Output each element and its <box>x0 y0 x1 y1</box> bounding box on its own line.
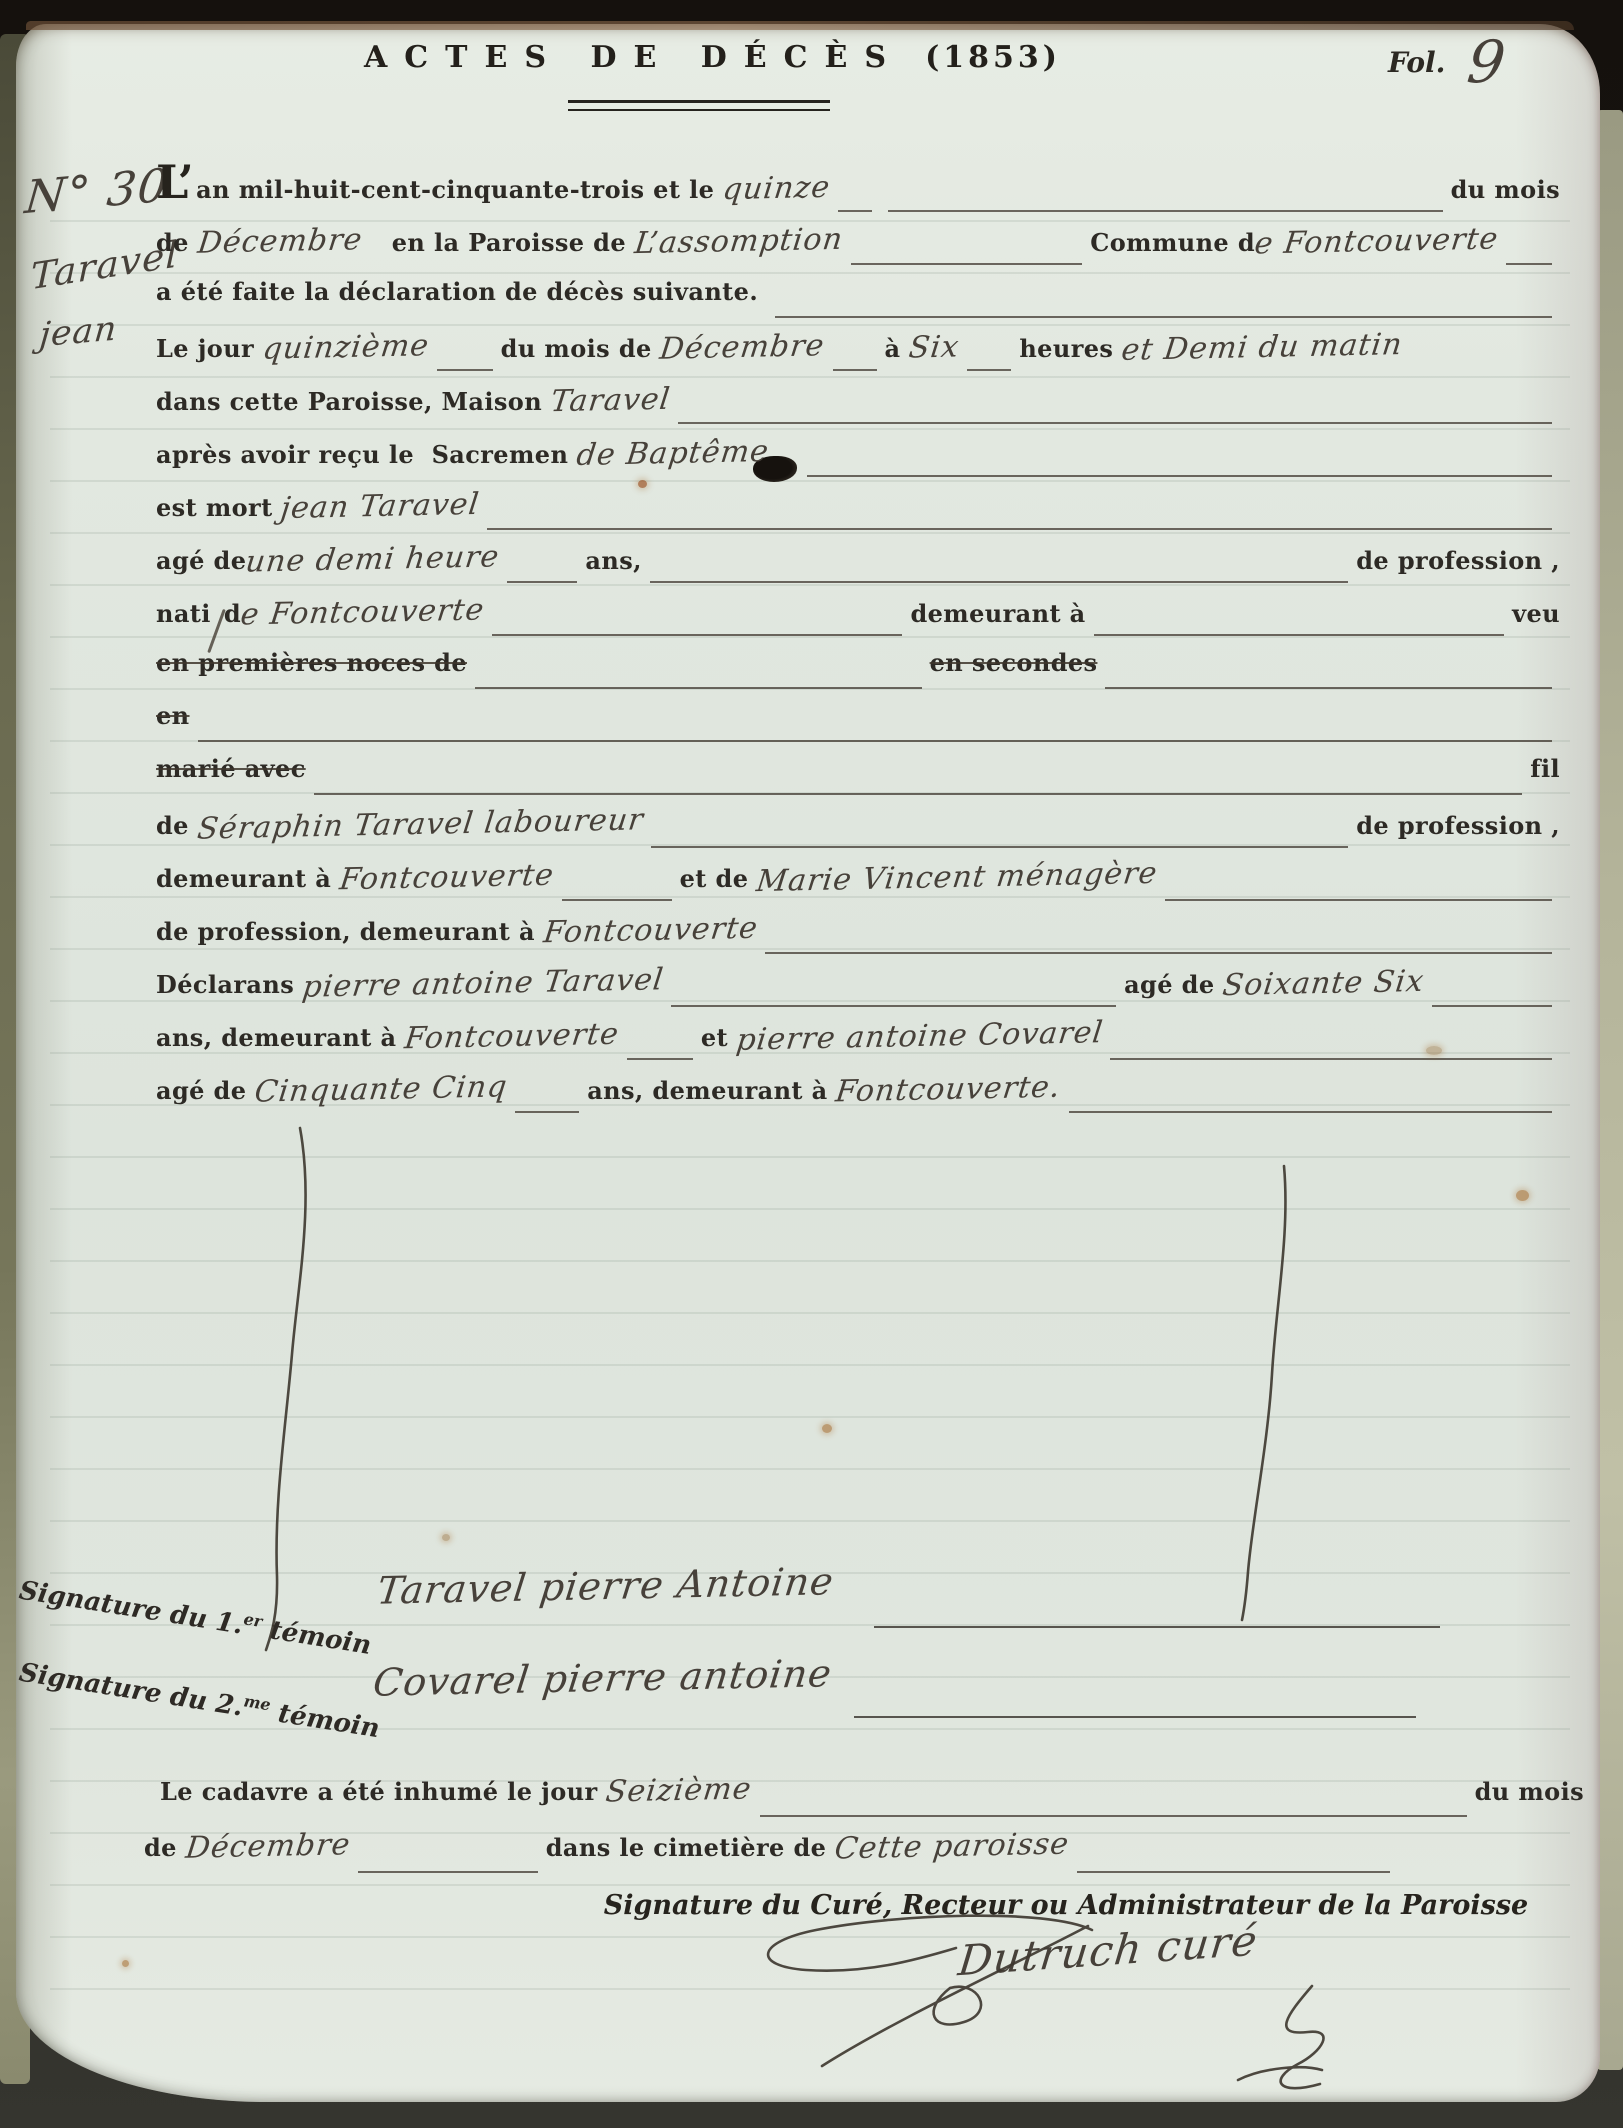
ruled-dash-line <box>358 1871 538 1873</box>
next-folio-edge <box>1597 110 1623 2070</box>
act-line: agé deune demi heureans,de profession , <box>156 545 1560 598</box>
ruled-fill-line <box>760 1815 1467 1817</box>
ruled-dash-line <box>838 210 872 212</box>
handwritten-entry: Décembre <box>196 225 364 258</box>
printed-text: ans, demeurant à <box>156 1026 405 1050</box>
ruled-fill-line <box>1077 1871 1390 1873</box>
title-text: ACTES DE DÉCÈS <box>364 40 903 75</box>
printed-text: agé de <box>156 549 246 573</box>
witness-2-signature: Covarel pierre antoine <box>371 1651 835 1705</box>
ruled-fill-line <box>807 475 1552 477</box>
ruled-fill-line <box>650 581 1348 583</box>
cure-signature-loop-small <box>934 1987 981 2025</box>
printed-text: de profession , <box>1356 549 1560 573</box>
printed-text: en <box>156 704 190 728</box>
title-year: (1853) <box>925 40 1061 75</box>
act-line: de Décembreen la Paroisse de L’assomptio… <box>156 227 1560 280</box>
ruled-dash-line <box>967 369 1011 371</box>
printed-text: de <box>144 1836 186 1860</box>
act-line: natide Fontcouvertedemeurant àveu <box>156 598 1560 651</box>
burial-line-1: Le cadavre a été inhumé le jour Seizième… <box>160 1776 1584 1832</box>
handwritten-entry: Séraphin Taravel laboureur <box>195 805 645 844</box>
printed-text: an mil-huit-cent-cinquante-trois et le <box>196 178 723 202</box>
handwritten-entry: Seizième <box>604 1774 753 1807</box>
cure-signature-tail <box>1281 1986 1324 2088</box>
printed-text: demeurant à <box>910 602 1085 626</box>
printed-text: de <box>156 231 198 255</box>
title-underline <box>568 100 830 111</box>
printed-text: de <box>156 814 198 838</box>
handwritten-entry: Six <box>907 332 961 363</box>
printed-text: veu <box>1512 602 1560 626</box>
printed-text: du mois <box>1475 1780 1584 1804</box>
witness-2-label-prefix: Signature du <box>17 1658 218 1719</box>
act-line: de profession, demeurant à Fontcouverte <box>156 916 1560 969</box>
act-line: agé de Cinquante Cinqans, demeurant à Fo… <box>156 1075 1560 1128</box>
ruled-fill-line <box>851 263 1083 265</box>
handwritten-entry: Cette paroisse <box>833 1830 1071 1865</box>
ruled-fill-line <box>1165 899 1552 901</box>
printed-text: fil <box>1530 757 1560 781</box>
handwritten-entry: L’assomption <box>633 225 845 259</box>
ruled-fill-line <box>775 316 1552 318</box>
handwritten-entry: pierre antoine Taravel <box>301 965 666 1003</box>
witness-1-row: Signature du 1.er témoin Taravel pierre … <box>22 1562 1522 1657</box>
handwritten-entry: e Fontcouverte <box>1253 224 1500 259</box>
printed-text: d <box>224 602 241 626</box>
act-line: de Séraphin Taravel laboureurde professi… <box>156 810 1560 863</box>
ruled-fill-line <box>651 846 1349 848</box>
cure-signature-handwritten: Dutruch curé <box>956 1916 1260 1986</box>
handwritten-entry: de Baptême <box>575 437 771 471</box>
printed-text: ans, <box>585 549 641 573</box>
printed-text: dans cette Paroisse, Maison <box>156 390 551 414</box>
printed-text: du mois <box>1451 178 1560 202</box>
ruled-fill-line <box>487 528 1552 530</box>
act-line: en <box>156 704 1560 757</box>
printed-text: en secondes <box>930 651 1098 675</box>
handwritten-entry: Fontcouverte <box>403 1020 621 1054</box>
witness-1-signature: Taravel pierre Antoine <box>375 1559 837 1613</box>
handwritten-entry: quinze <box>721 173 832 205</box>
foxing-spot <box>1426 1046 1442 1055</box>
register-page: ACTES DE DÉCÈS(1853) Fol. 9 N° 30 Tarave… <box>16 24 1600 2102</box>
cure-signature-tail-cross <box>1238 2067 1322 2080</box>
handwritten-entry: pierre antoine Covarel <box>734 1018 1104 1056</box>
handwritten-entry: quinzième <box>261 331 431 364</box>
ruled-dash-line <box>507 581 577 583</box>
foxing-spot <box>822 1424 832 1433</box>
witness-2-row: Signature du 2.me témoin Covarel pierre … <box>22 1644 1522 1739</box>
act-line: dans cette Paroisse, Maison Taravel <box>156 386 1560 439</box>
ruled-fill-line <box>1094 634 1504 636</box>
printed-text: du mois de <box>501 337 661 361</box>
ruled-fill-line <box>1069 1111 1552 1113</box>
act-line: demeurant à Fontcouverteet de Marie Vinc… <box>156 863 1560 916</box>
folio-number-handwritten: 9 <box>1464 28 1510 97</box>
printed-text: demeurant à <box>156 867 340 891</box>
handwritten-entry: e Fontcouverte <box>239 595 486 630</box>
foxing-spot <box>638 480 647 488</box>
cancellation-stroke-right <box>1242 1166 1285 1620</box>
witness-2-signature-line <box>854 1716 1416 1718</box>
handwritten-entry: une demi heure <box>244 542 501 577</box>
ruled-dash-line <box>1432 1005 1552 1007</box>
ruled-fill-line <box>671 1005 1116 1007</box>
act-line: après avoir reçu le Sacremen de Baptême <box>156 439 1560 492</box>
act-line: a été faite la déclaration de décès suiv… <box>156 280 1560 333</box>
ruled-dash-line <box>833 369 877 371</box>
act-line: Déclarans pierre antoine Taravelagé de S… <box>156 969 1560 1022</box>
printed-text: agé de <box>156 1079 255 1103</box>
register-photo: ACTES DE DÉCÈS(1853) Fol. 9 N° 30 Tarave… <box>0 0 1623 2128</box>
printed-text: de profession , <box>1356 814 1560 838</box>
handwritten-entry: et Demi du matin <box>1120 330 1404 366</box>
act-body: L’an mil-huit-cent-cinquante-trois et le… <box>156 174 1560 1128</box>
printed-text: agé de <box>1124 973 1223 997</box>
witness-2-ordinal: 2. <box>214 1689 246 1723</box>
ruled-dash-line <box>515 1111 579 1113</box>
witness-2-label: Signature du 2.me témoin <box>17 1656 382 1744</box>
printed-text: Le jour <box>156 337 263 361</box>
printed-text: en la Paroisse de <box>392 231 635 255</box>
witness-1-ordinal: 1. <box>214 1607 246 1641</box>
printed-text: a été faite la déclaration de décès suiv… <box>156 280 767 304</box>
witness-2-ordinal-sup: me <box>242 1691 272 1714</box>
cure-signature-label: Signature du Curé, Recteur ou Administra… <box>536 1890 1596 1921</box>
handwritten-entry: Fontcouverte <box>338 861 556 895</box>
foxing-spot <box>122 1960 129 1967</box>
witness-1-label-prefix: Signature du <box>17 1576 218 1637</box>
printed-text: nati <box>156 602 211 626</box>
handwritten-entry: Fontcouverte <box>542 914 760 948</box>
handwritten-entry: jean Taravel <box>279 490 481 524</box>
printed-text: Commune d <box>1090 231 1255 255</box>
handwritten-entry: Soixante Six <box>1221 967 1426 1001</box>
ruled-fill-line <box>888 210 1443 212</box>
ruled-dash-line <box>1506 263 1552 265</box>
ruled-fill-line <box>678 422 1552 424</box>
act-line: en premières noces deen secondes <box>156 651 1560 704</box>
printed-text: et de <box>680 867 758 891</box>
foxing-spot <box>442 1534 450 1541</box>
burial-line-2: de Décembredans le cimetière de Cette pa… <box>144 1832 1398 1888</box>
printed-text: Déclarans <box>156 973 303 997</box>
witness-2-label-word: témoin <box>267 1697 382 1744</box>
printed-text: heures <box>1019 337 1122 361</box>
printed-text: de profession, demeurant à <box>156 920 544 944</box>
printed-text: ans, demeurant à <box>587 1079 836 1103</box>
printed-text: à <box>885 337 910 361</box>
foxing-spot <box>1516 1190 1529 1201</box>
ruled-fill-line <box>765 952 1552 954</box>
act-line: ans, demeurant à Fontcouverteet pierre a… <box>156 1022 1560 1075</box>
act-line: L’an mil-huit-cent-cinquante-trois et le… <box>156 174 1560 227</box>
ruled-fill-line <box>475 687 922 689</box>
ruled-fill-line <box>198 740 1552 742</box>
handwritten-entry: Fontcouverte. <box>834 1073 1062 1108</box>
ruled-fill-line <box>314 793 1523 795</box>
folio-label: Fol. <box>1388 46 1445 79</box>
printed-text: et <box>701 1026 737 1050</box>
handwritten-entry: Cinquante Cinq <box>253 1072 509 1107</box>
deceased-firstname-margin: jean <box>38 309 119 356</box>
ruled-dash-line <box>562 899 672 901</box>
ruled-fill-line <box>1105 687 1552 689</box>
ruled-dash-line <box>437 369 493 371</box>
witness-1-signature-line <box>874 1626 1440 1628</box>
page-title: ACTES DE DÉCÈS(1853) <box>364 40 1061 75</box>
act-line: est mort jean Taravel <box>156 492 1560 545</box>
handwritten-entry: Décembre <box>184 1830 352 1863</box>
handwritten-entry: Marie Vincent ménagère <box>755 859 1159 897</box>
ruled-dash-line <box>627 1058 693 1060</box>
printed-text: en premières noces de <box>156 651 467 675</box>
printed-text: Le cadavre a été inhumé le jour <box>160 1780 606 1804</box>
ruled-fill-line <box>492 634 902 636</box>
handwritten-entry: Décembre <box>658 331 826 364</box>
ruled-fill-line <box>1110 1058 1552 1060</box>
act-number-margin: N° 30 <box>23 158 171 224</box>
printed-text: marié avec <box>156 757 306 781</box>
printed-text: est mort <box>156 496 281 520</box>
act-line: Le jour quinzièmedu mois de Décembreà Si… <box>156 333 1560 386</box>
act-line: marié avecfil <box>156 757 1560 810</box>
printed-text: dans le cimetière de <box>546 1836 835 1860</box>
printed-text: après avoir reçu le Sacremen <box>156 443 577 467</box>
handwritten-entry: Taravel <box>549 385 672 417</box>
